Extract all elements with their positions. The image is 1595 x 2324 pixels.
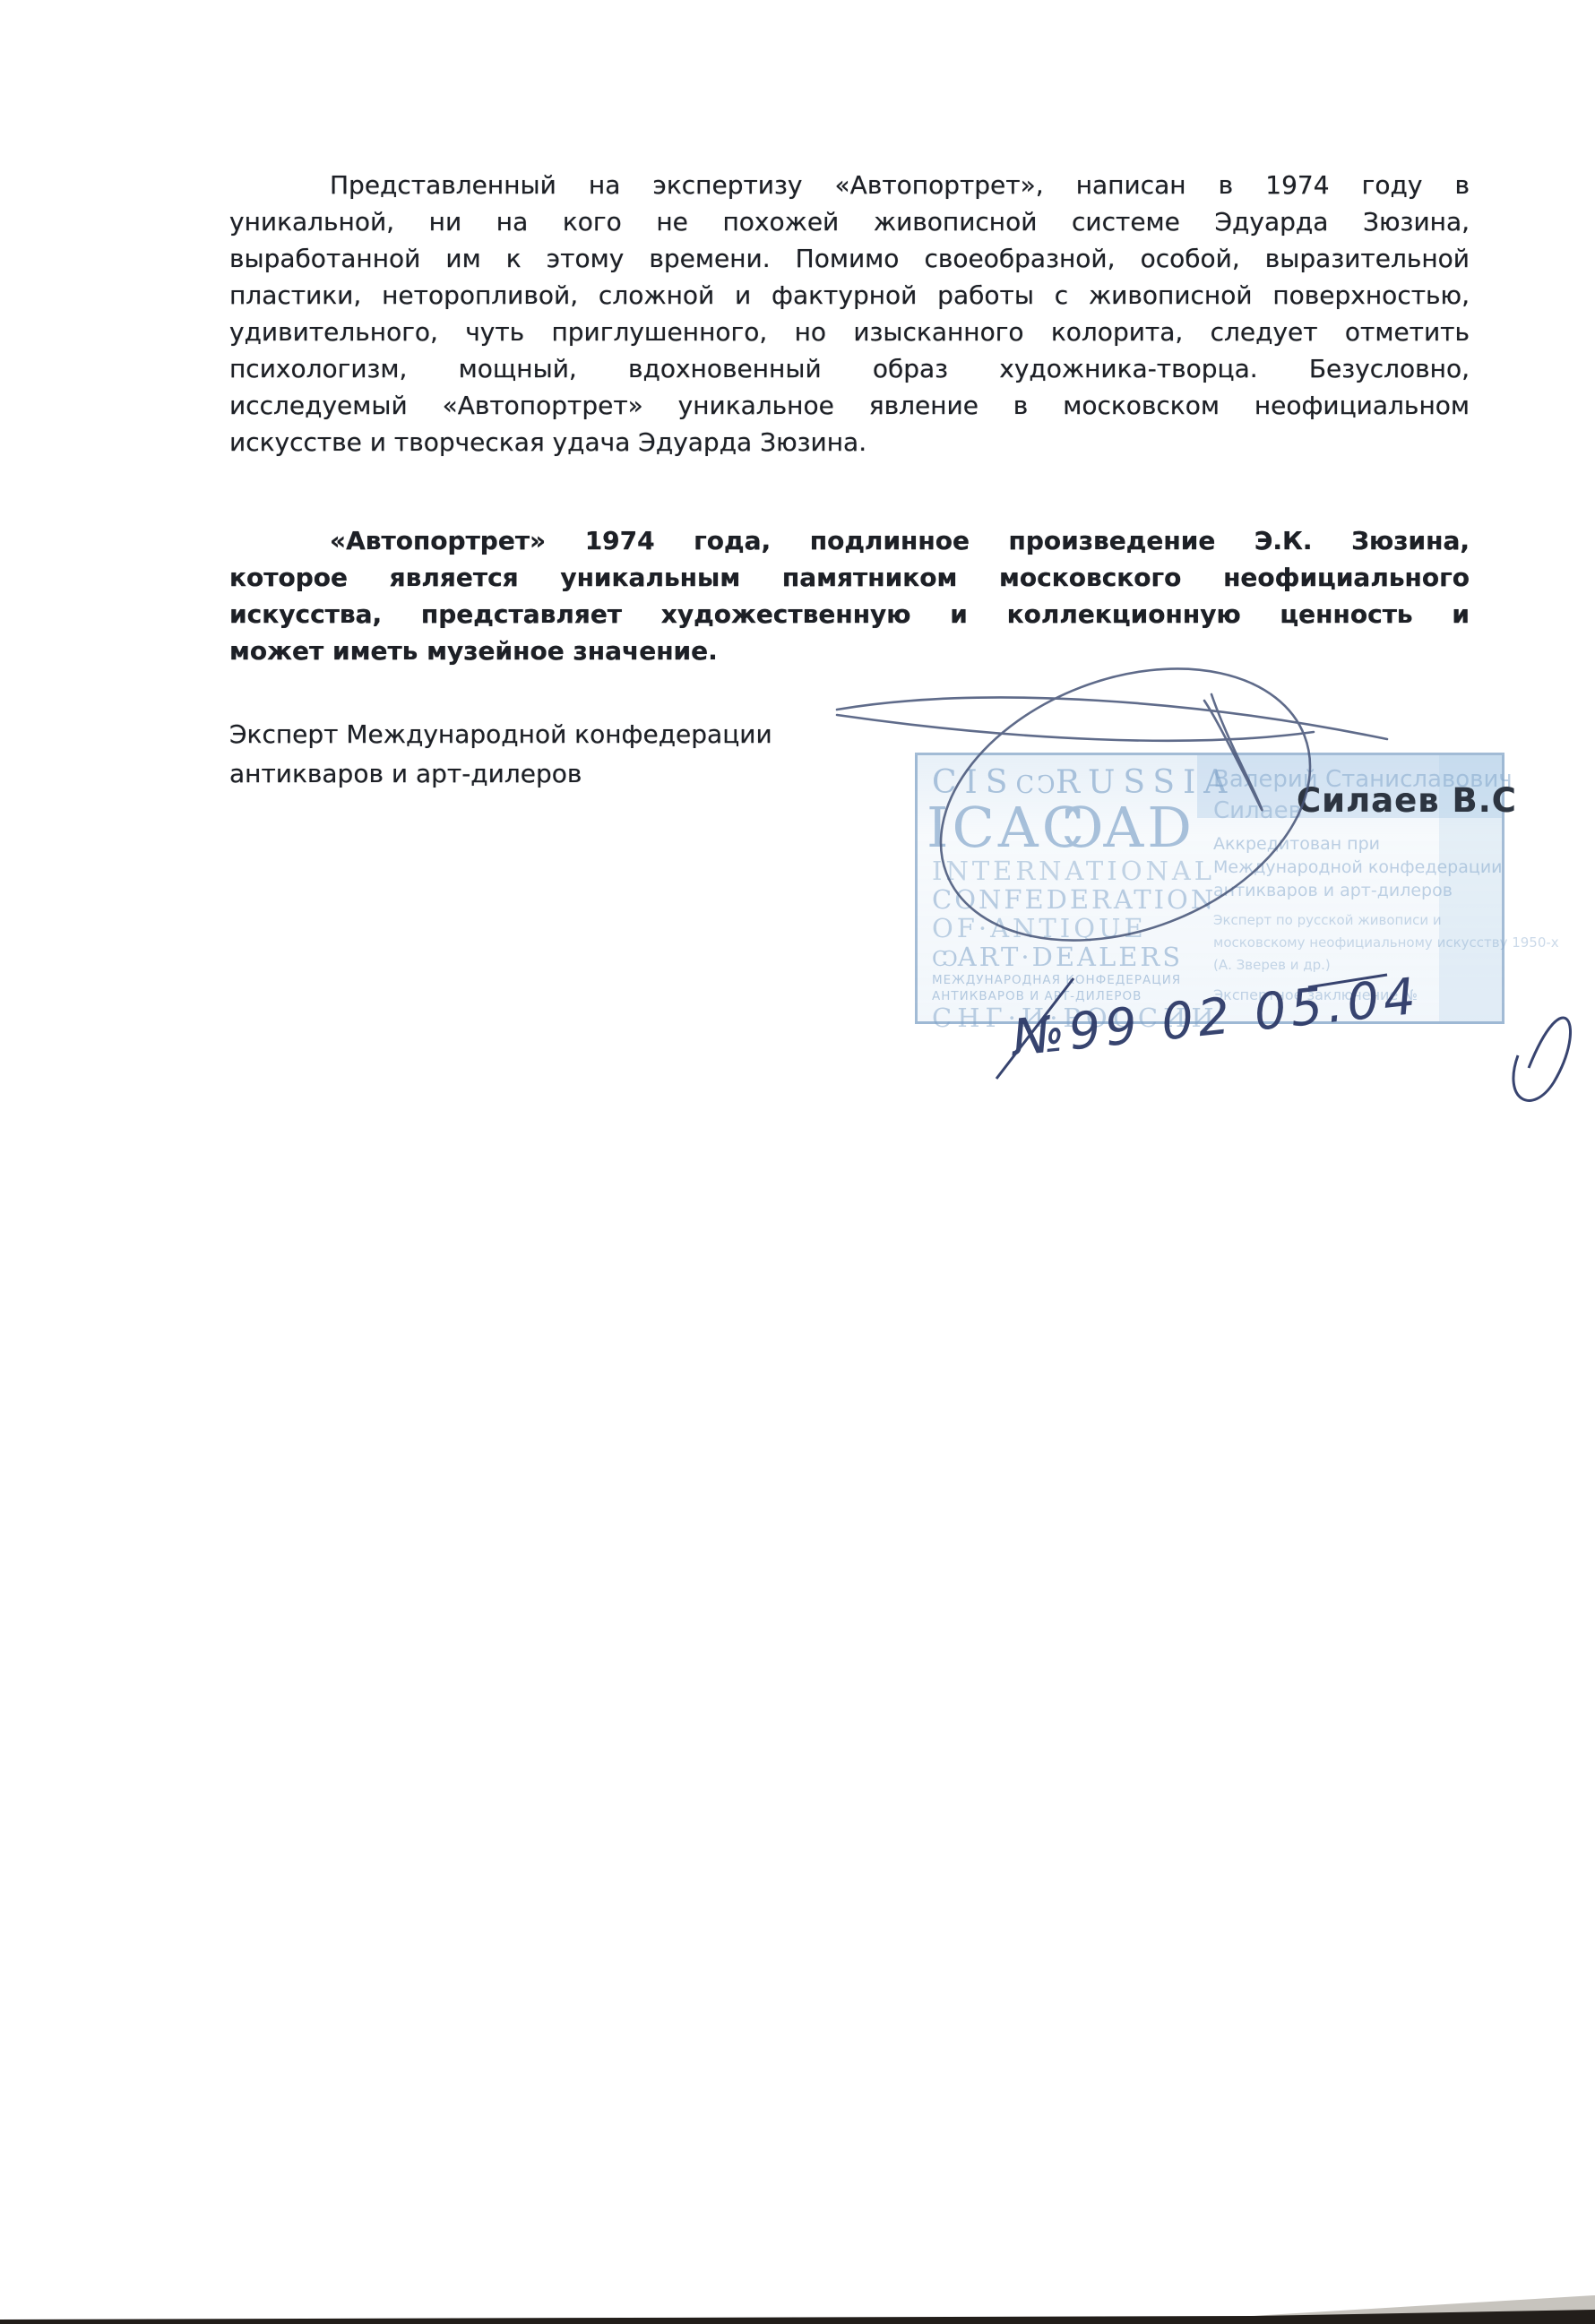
paragraph-line: пластики, неторопливой, сложной и фактур… xyxy=(229,277,1470,314)
stamp-text-art-dealers: CCART·DEALERS xyxy=(932,942,1183,972)
stamp-text-sng-russia: СНГ·И·РОССИИ xyxy=(932,1003,1220,1033)
paragraph-line: выработанной им к этому времени. Помимо … xyxy=(229,240,1470,277)
stamp-monogram-icon: CC xyxy=(1042,795,1104,860)
stamp-specialty-line: Эксперт по русской живописи и xyxy=(1213,912,1442,928)
expert-name-printed: Силаев В.С xyxy=(1297,781,1517,821)
signature-flourish xyxy=(1513,1018,1571,1100)
stamp-expert-surname: Силаев xyxy=(1213,797,1302,824)
paragraph-2-conclusion: «Автопортрет» 1974 года, подлинное произ… xyxy=(229,522,1470,669)
stamp-icaad-logo: ICACCAD xyxy=(927,795,1195,860)
stamp-specialty-line: (А. Зверев и др.) xyxy=(1213,957,1331,973)
paragraph-line: «Автопортрет» 1974 года, подлинное произ… xyxy=(229,522,1470,559)
paragraph-line: которое является уникальным памятником м… xyxy=(229,559,1470,596)
expert-signoff: Эксперт Международной конфедерации антик… xyxy=(229,715,910,794)
signature-stroke xyxy=(837,698,1387,739)
paragraph-line: может иметь музейное значение. xyxy=(229,633,1470,669)
paragraph-line: психологизм, мощный, вдохновенный образ … xyxy=(229,350,1470,387)
stamp-text-confederation: CONFEDERATION xyxy=(932,884,1216,915)
stamp-specialty-line: московскому неофициальному искусству 195… xyxy=(1213,934,1559,951)
document-page: Представленный на экспертизу «Автопортре… xyxy=(0,0,1595,2324)
scan-edge xyxy=(0,2288,1595,2324)
signoff-line: Эксперт Международной конфедерации xyxy=(229,715,910,754)
paragraph-line: удивительного, чуть приглушенного, но из… xyxy=(229,314,1470,350)
paragraph-line: искусстве и творческая удача Эдуарда Зюз… xyxy=(229,424,1470,460)
stamp-accreditation-line: антикваров и арт-дилеров xyxy=(1213,881,1453,900)
signoff-line: антикваров и арт-дилеров xyxy=(229,754,910,794)
paragraph-1: Представленный на экспертизу «Автопортре… xyxy=(229,167,1470,460)
paragraph-line: Представленный на экспертизу «Автопортре… xyxy=(229,167,1470,203)
paragraph-line: уникальной, ни на кого не похожей живопи… xyxy=(229,203,1470,240)
paragraph-line: исследуемый «Автопортрет» уникальное явл… xyxy=(229,387,1470,424)
paragraph-line: искусства, представляет художественную и… xyxy=(229,596,1470,633)
stamp-text-international: INTERNATIONAL xyxy=(932,856,1215,886)
stamp-monogram-icon: CC xyxy=(932,947,958,971)
stamp-accreditation-line: Аккредитован при xyxy=(1213,834,1380,854)
stamp-text-ru-dealers: АНТИКВАРОВ И АРТ-ДИЛЕРОВ xyxy=(932,989,1142,1003)
stamp-accreditation-line: Международной конфедерации xyxy=(1213,857,1503,877)
stamp-text-ru-confederation: МЕЖДУНАРОДНАЯ КОНФЕДЕРАЦИЯ xyxy=(932,973,1181,987)
stamp-number-line: Экспертное заключение № xyxy=(1213,986,1418,1003)
stamp-text-of-antique: OF·ANTIQUE xyxy=(932,913,1147,943)
